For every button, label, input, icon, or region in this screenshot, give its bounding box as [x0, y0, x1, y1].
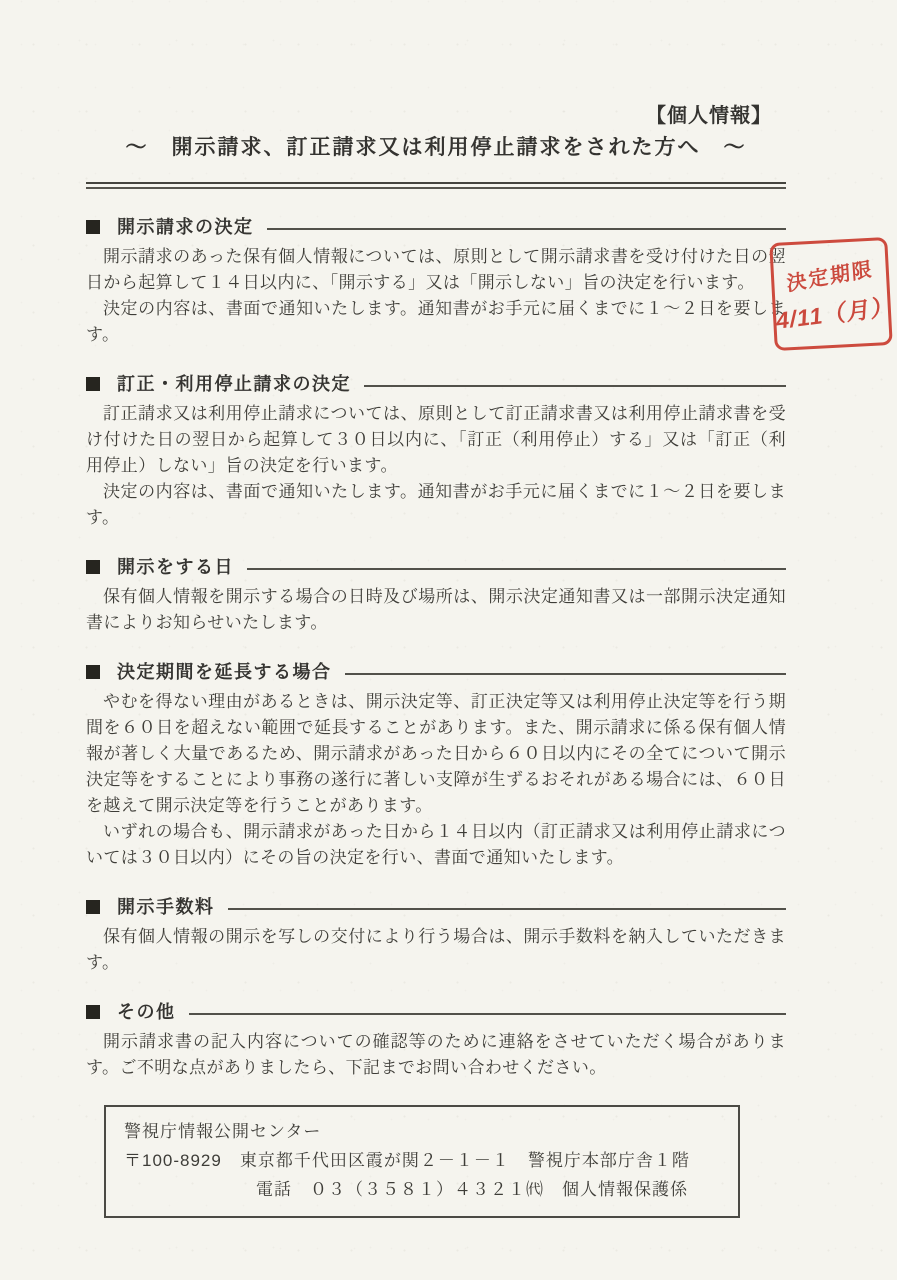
deadline-label: 決定期限: [786, 252, 875, 296]
square-bullet-icon: [86, 560, 100, 574]
heading-rule: [364, 385, 786, 387]
section-heading: 開示をする日: [117, 555, 234, 579]
handwritten-deadline-note: 決定期限 4/11（月）: [769, 237, 892, 351]
body-paragraph: 決定の内容は、書面で通知いたします。通知書がお手元に届くまでに１～２日を要します…: [86, 479, 786, 531]
square-bullet-icon: [86, 220, 100, 234]
section-heading: 開示手数料: [117, 895, 215, 919]
section-heading-row: その他: [86, 1000, 786, 1024]
section-extension-of-decision-period: 決定期間を延長する場合 やむを得ない理由があるときは、開示決定等、訂正決定等又は…: [86, 660, 786, 871]
body-paragraph: 保有個人情報を開示する場合の日時及び場所は、開示決定通知書又は一部開示決定通知書…: [86, 584, 786, 636]
section-heading: その他: [117, 1000, 176, 1024]
body-paragraph: 決定の内容は、書面で通知いたします。通知書がお手元に届くまでに１～２日を要します…: [86, 296, 786, 348]
heading-rule: [267, 228, 787, 230]
square-bullet-icon: [86, 1005, 100, 1019]
square-bullet-icon: [86, 900, 100, 914]
section-heading: 開示請求の決定: [117, 215, 254, 239]
section-heading-row: 決定期間を延長する場合: [86, 660, 786, 684]
heading-rule: [228, 908, 787, 910]
body-paragraph: 保有個人情報の開示を写しの交付により行う場合は、開示手数料を納入していただきます…: [86, 924, 786, 976]
contact-org: 警視庁情報公開センター: [124, 1117, 722, 1146]
body-paragraph: やむを得ない理由があるときは、開示決定等、訂正決定等又は利用停止決定等を行う期間…: [86, 689, 786, 819]
section-heading: 決定期間を延長する場合: [117, 660, 332, 684]
contact-address: 〒100-8929 東京都千代田区霞が関２－１－１ 警視庁本部庁舎１階: [124, 1146, 722, 1175]
document-page: 【個人情報】 ～ 開示請求、訂正請求又は利用停止請求をされた方へ ～ 開示請求の…: [86, 0, 786, 1218]
square-bullet-icon: [86, 377, 100, 391]
section-disclosure-fee: 開示手数料 保有個人情報の開示を写しの交付により行う場合は、開示手数料を納入して…: [86, 895, 786, 976]
page-title: ～ 開示請求、訂正請求又は利用停止請求をされた方へ ～: [86, 134, 786, 162]
section-disclosure-decision: 開示請求の決定 開示請求のあった保有個人情報については、原則として開示請求書を受…: [86, 215, 786, 348]
body-paragraph: 開示請求書の記入内容についての確認等のために連絡をさせていただく場合があります。…: [86, 1029, 786, 1081]
category-label: 【個人情報】: [86, 104, 786, 128]
heading-rule: [189, 1013, 787, 1015]
body-paragraph: いずれの場合も、開示請求があった日から１４日以内（訂正請求又は利用停止請求につい…: [86, 819, 786, 871]
body-paragraph: 開示請求のあった保有個人情報については、原則として開示請求書を受け付けた日の翌日…: [86, 244, 786, 296]
title-divider: [86, 182, 786, 189]
section-disclosure-date: 開示をする日 保有個人情報を開示する場合の日時及び場所は、開示決定通知書又は一部…: [86, 555, 786, 636]
contact-box: 警視庁情報公開センター 〒100-8929 東京都千代田区霞が関２－１－１ 警視…: [104, 1105, 740, 1218]
section-heading-row: 開示請求の決定: [86, 215, 786, 239]
contact-phone: 電話 ０３（３５８１）４３２１㈹ 個人情報保護係: [124, 1175, 722, 1204]
square-bullet-icon: [86, 665, 100, 679]
section-heading: 訂正・利用停止請求の決定: [117, 372, 351, 396]
section-other: その他 開示請求書の記入内容についての確認等のために連絡をさせていただく場合があ…: [86, 1000, 786, 1081]
heading-rule: [345, 673, 787, 675]
section-heading-row: 開示手数料: [86, 895, 786, 919]
heading-rule: [247, 568, 786, 570]
section-heading-row: 訂正・利用停止請求の決定: [86, 372, 786, 396]
section-correction-suspension-decision: 訂正・利用停止請求の決定 訂正請求又は利用停止請求については、原則として訂正請求…: [86, 372, 786, 531]
body-paragraph: 訂正請求又は利用停止請求については、原則として訂正請求書又は利用停止請求書を受け…: [86, 401, 786, 479]
section-heading-row: 開示をする日: [86, 555, 786, 579]
